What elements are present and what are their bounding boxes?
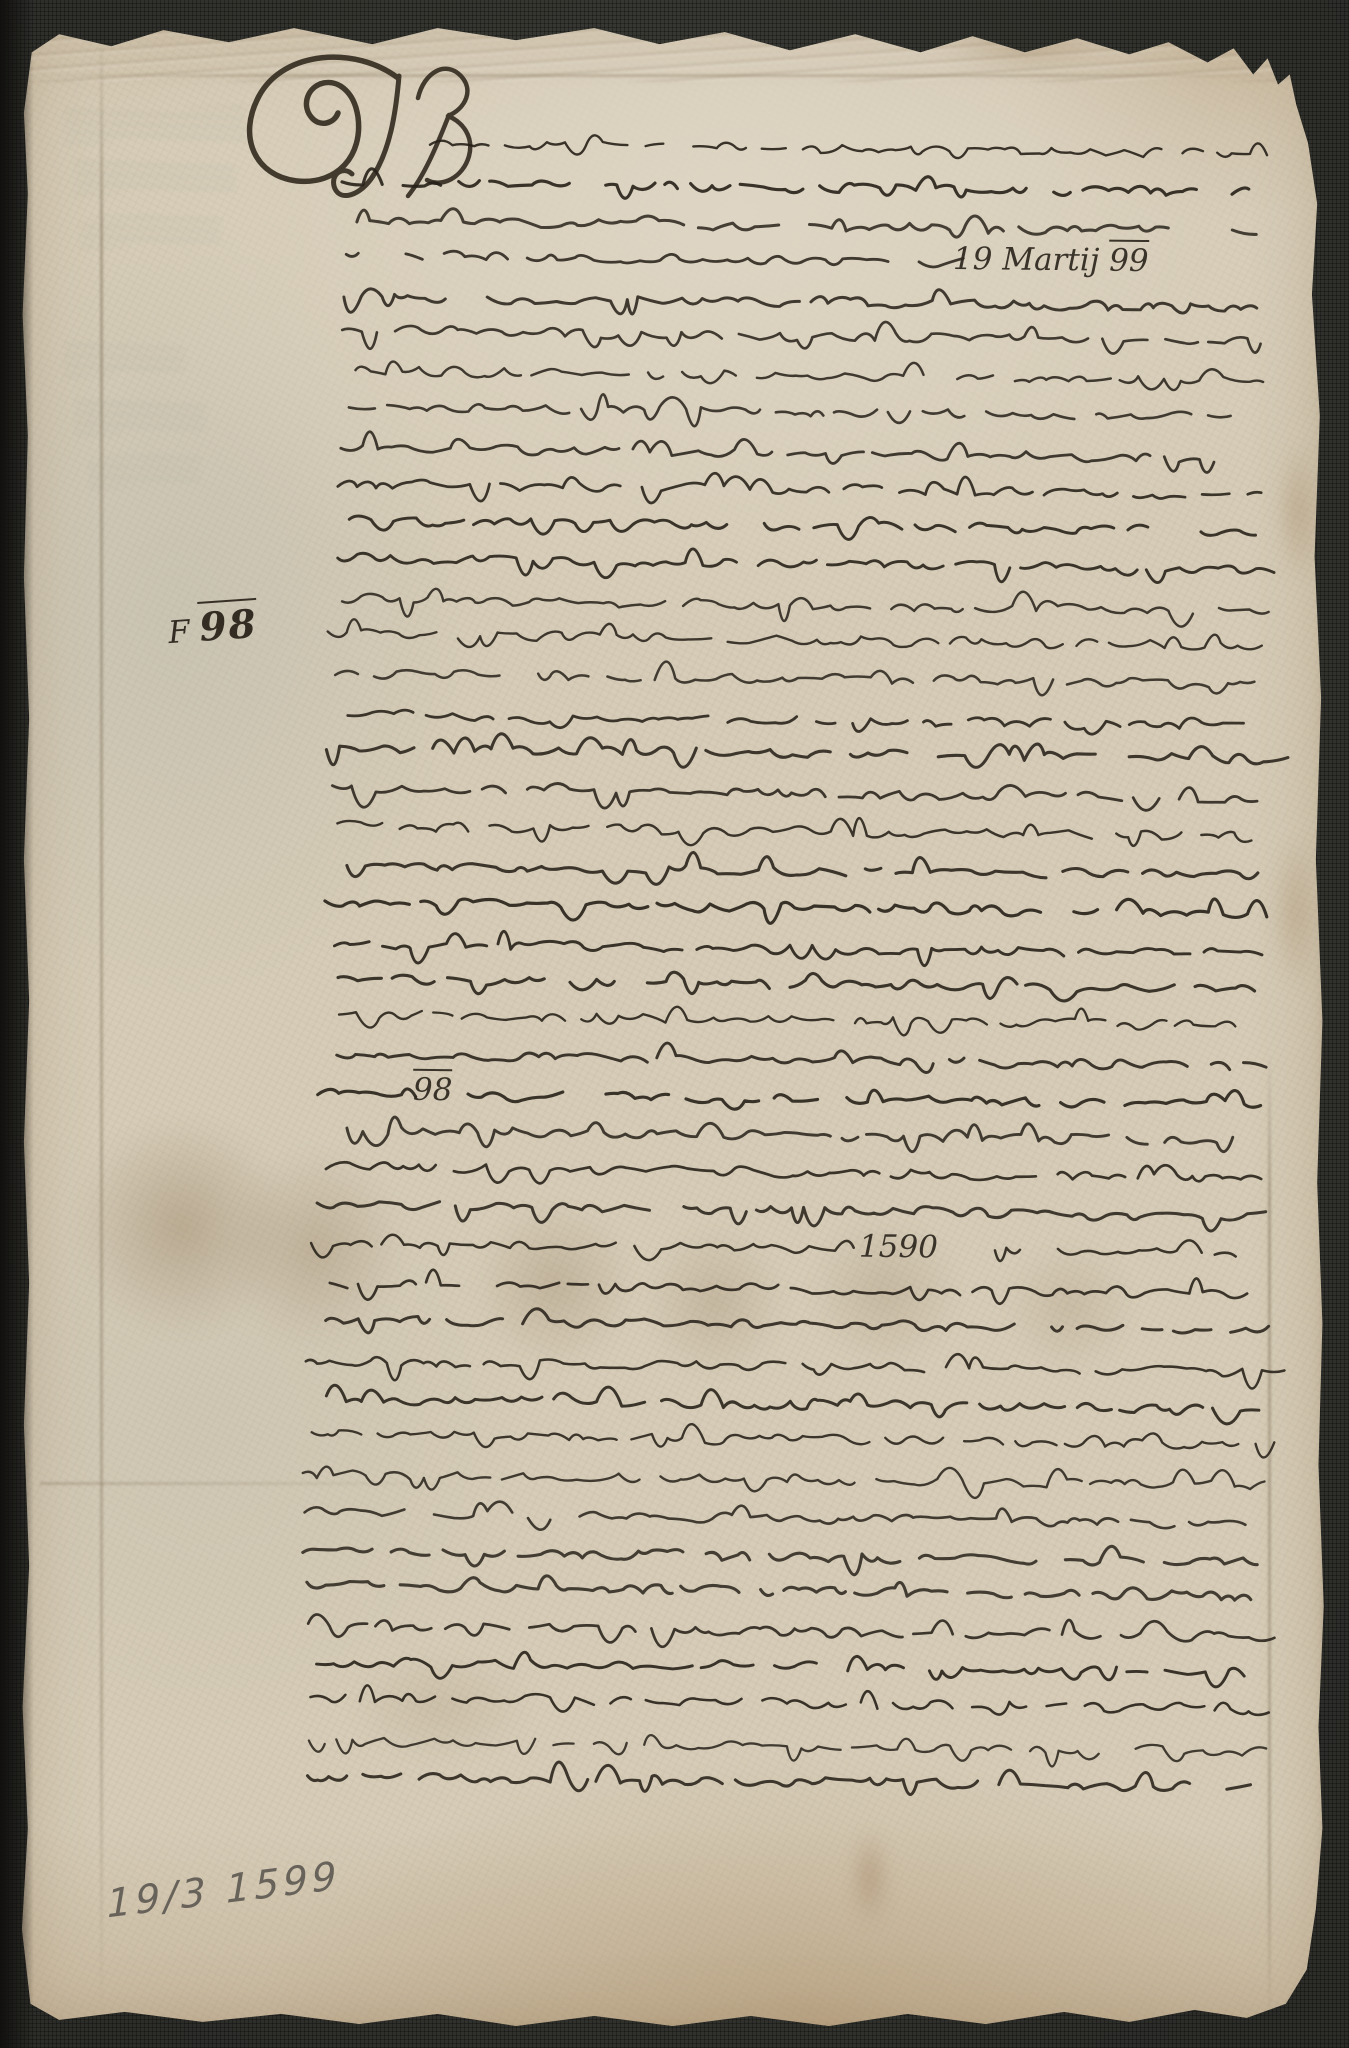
fragment-overlined-number: 98	[413, 1069, 453, 1108]
margin-folio-mark: F 98	[167, 601, 260, 653]
legible-date-fragment: 98	[413, 1072, 453, 1108]
folio-number: 98	[198, 598, 260, 651]
legible-date-fragment: 1590	[859, 1229, 938, 1266]
scanned-manuscript-photo: F 98 19/3 1599 19 Martij 99981590	[0, 0, 1349, 2048]
legible-date-fragment: 19 Martij 99	[953, 241, 1149, 279]
fragment-overlined-number: 99	[1109, 240, 1149, 279]
fragment-text: 19 Martij	[953, 241, 1110, 279]
fragment-text: 1590	[859, 1229, 938, 1266]
folio-letter: F	[167, 614, 191, 651]
pencil-archival-date: 19/3 1599	[106, 1854, 340, 1928]
annotation-layer: F 98 19/3 1599 19 Martij 99981590	[0, 0, 1349, 2048]
